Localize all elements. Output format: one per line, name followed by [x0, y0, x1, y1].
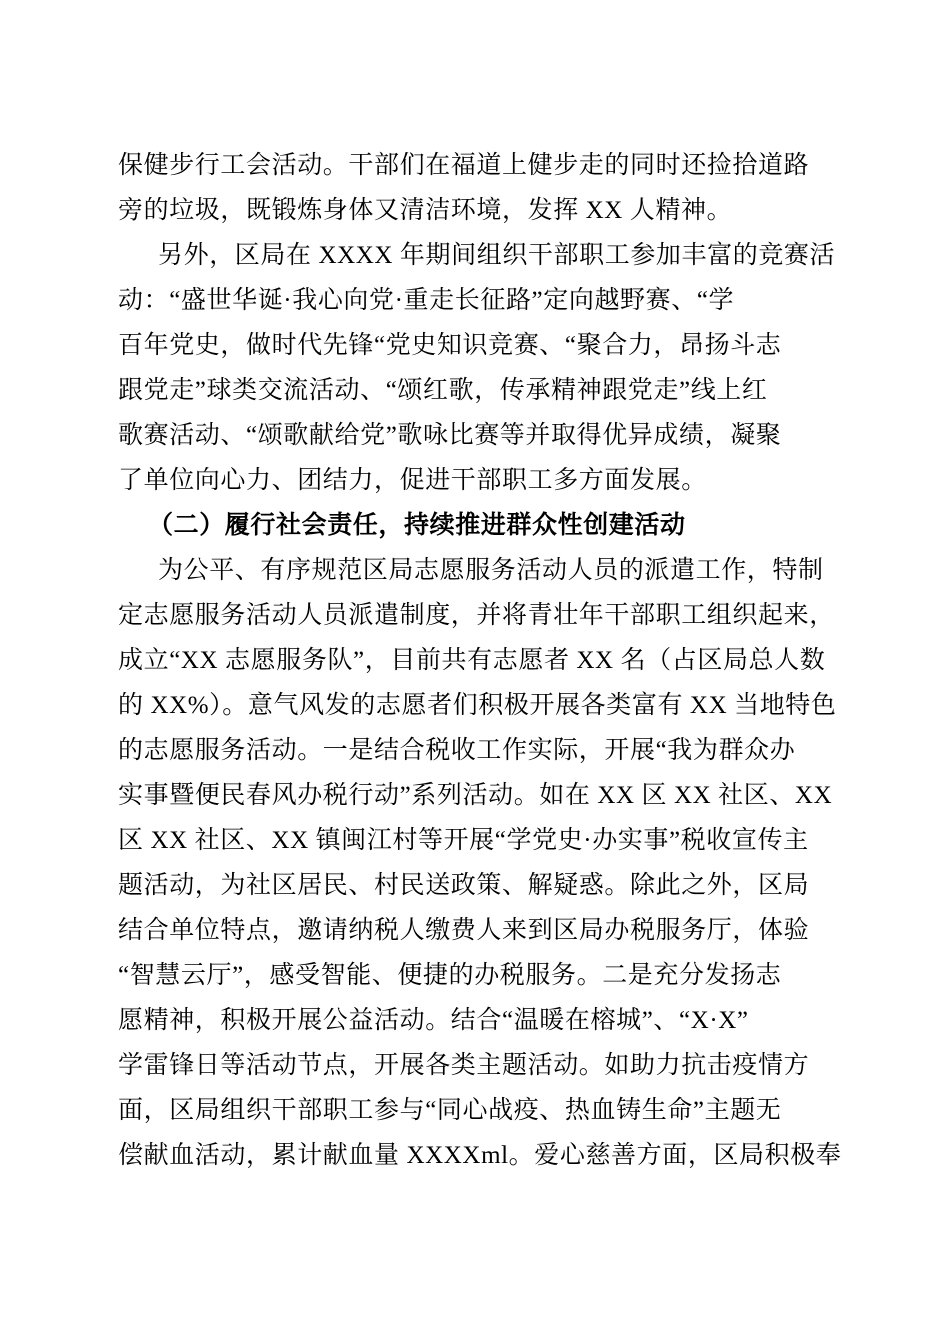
text-line: 定志愿服务活动人员派遣制度，并将青壮年干部职工组织起来，: [118, 593, 858, 638]
text-line: 偿献血活动，累计献血量 XXXXml。爱心慈善方面，区局积极奉: [118, 1133, 858, 1178]
text-line: 题活动，为社区居民、村民送政策、解疑惑。除此之外，区局: [118, 863, 858, 908]
text-line: 跟党走”球类交流活动、“颂红歌，传承精神跟党走”线上红: [118, 368, 858, 413]
text-line: 的 XX%）。意气风发的志愿者们积极开展各类富有 XX 当地特色: [118, 683, 858, 728]
text-line: 动：“盛世华诞·我心向党·重走长征路”定向越野赛、“学: [118, 278, 858, 323]
text-line: “智慧云厅”，感受智能、便捷的办税服务。二是充分发扬志: [118, 953, 858, 998]
text-line: 学雷锋日等活动节点，开展各类主题活动。如助力抗击疫情方: [118, 1043, 858, 1088]
text-line: 区 XX 社区、XX 镇闽江村等开展“学党史·办实事”税收宣传主: [118, 818, 858, 863]
text-line: 歌赛活动、“颂歌献给党”歌咏比赛等并取得优异成绩，凝聚: [118, 413, 858, 458]
text-line: 面，区局组织干部职工参与“同心战疫、热血铸生命”主题无: [118, 1088, 858, 1133]
text-line: 百年党史，做时代先锋“党史知识竞赛、“聚合力，昂扬斗志: [118, 323, 858, 368]
text-line: 为公平、有序规范区局志愿服务活动人员的派遣工作，特制: [118, 548, 858, 593]
text-line: 成立“XX 志愿服务队”，目前共有志愿者 XX 名（占区局总人数: [118, 638, 858, 683]
document-body: 保健步行工会活动。干部们在福道上健步走的同时还捡拾道路 旁的垃圾，既锻炼身体又清…: [118, 143, 858, 1178]
text-line: 愿精神，积极开展公益活动。结合“温暖在榕城”、“X·X”: [118, 998, 858, 1043]
text-line: 结合单位特点，邀请纳税人缴费人来到区局办税服务厅，体验: [118, 908, 858, 953]
section-heading: （二）履行社会责任，持续推进群众性创建活动: [118, 503, 858, 548]
text-line: 保健步行工会活动。干部们在福道上健步走的同时还捡拾道路: [118, 143, 858, 188]
document-page: 保健步行工会活动。干部们在福道上健步走的同时还捡拾道路 旁的垃圾，既锻炼身体又清…: [0, 0, 950, 1344]
text-line: 另外，区局在 XXXX 年期间组织干部职工参加丰富的竞赛活: [118, 233, 858, 278]
text-line: 实事暨便民春风办税行动”系列活动。如在 XX 区 XX 社区、XX: [118, 773, 858, 818]
text-line: 了单位向心力、团结力，促进干部职工多方面发展。: [118, 458, 858, 503]
text-line: 的志愿服务活动。一是结合税收工作实际，开展“我为群众办: [118, 728, 858, 773]
text-line: 旁的垃圾，既锻炼身体又清洁环境，发挥 XX 人精神。: [118, 188, 858, 233]
